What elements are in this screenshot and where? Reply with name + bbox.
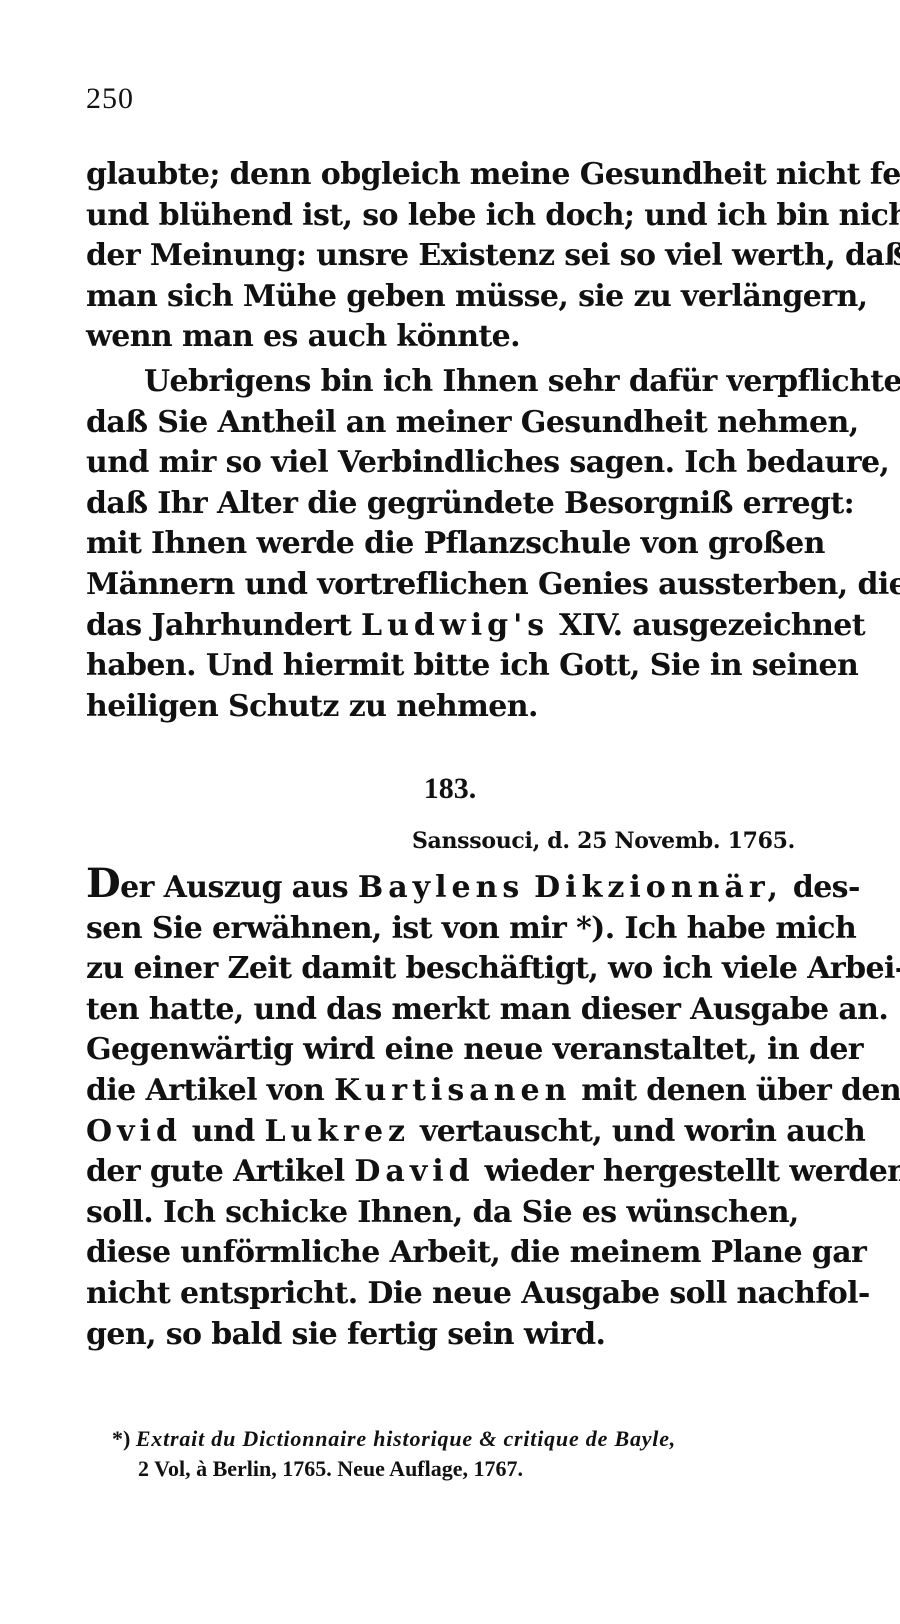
text-line: und blühend ist, so lebe ich doch; und i… xyxy=(86,196,798,237)
text-segment: des- xyxy=(793,870,860,905)
text-line: ten hatte, und das merkt man dieser Ausg… xyxy=(86,990,798,1031)
paragraph-closing: Uebrigens bin ich Ihnen sehr dafür verpf… xyxy=(86,362,798,727)
footnote-line: *) Extrait du Dictionnaire historique & … xyxy=(112,1424,812,1454)
text-segment: wieder hergestellt werden xyxy=(484,1154,900,1189)
text-line: soll. Ich schicke Ihnen, da Sie es wünsc… xyxy=(86,1193,798,1234)
spaced-name-dikzionnaer: Dikzionnär, xyxy=(534,870,783,905)
text-line: nicht entspricht. Die neue Ausgabe soll … xyxy=(86,1274,798,1315)
text-line: die Artikel von Kurtisanen mit denen übe… xyxy=(86,1071,798,1112)
paragraph-continuation: glaubte; denn obgleich meine Gesundheit … xyxy=(86,155,798,358)
text-segment: er Auszug aus xyxy=(120,870,348,905)
footnote-line: 2 Vol, à Berlin, 1765. Neue Auflage, 176… xyxy=(112,1454,812,1484)
text-segment: die Artikel von xyxy=(86,1073,324,1108)
spaced-name-lukrez: Lukrez xyxy=(264,1114,410,1149)
text-line: zu einer Zeit damit beschäftigt, wo ich … xyxy=(86,949,798,990)
text-line: daß Ihr Alter die gegründete Besorgniß e… xyxy=(86,484,798,525)
text-line: man sich Mühe geben müsse, sie zu verlän… xyxy=(86,277,798,318)
text-line: der Meinung: unsre Existenz sei so viel … xyxy=(86,236,798,277)
spaced-name-baylens: Baylens xyxy=(358,870,524,905)
drop-cap: D xyxy=(86,860,120,907)
text-line: Gegenwärtig wird eine neue veranstaltet,… xyxy=(86,1030,798,1071)
text-line: sen Sie erwähnen, ist von mir *). Ich ha… xyxy=(86,909,798,950)
text-line: und mir so viel Verbindliches sagen. Ich… xyxy=(86,443,798,484)
dateline: Sanssouci, d. 25 Novemb. 1765. xyxy=(412,828,795,854)
footnote-marker: *) xyxy=(112,1426,130,1451)
text-segment: das Jahrhundert xyxy=(86,608,351,643)
text-line: Ovid und Lukrez vertauscht, und worin au… xyxy=(86,1112,798,1153)
text-segment: mit denen über den xyxy=(581,1073,900,1108)
footnote: *) Extrait du Dictionnaire historique & … xyxy=(112,1424,812,1484)
text-line: daß Sie Antheil an meiner Gesundheit neh… xyxy=(86,403,798,444)
text-line: haben. Und hiermit bitte ich Gott, Sie i… xyxy=(86,646,798,687)
spaced-name-david: David xyxy=(354,1154,474,1189)
text-line: Männern und vortreflichen Genies ausster… xyxy=(86,565,798,606)
footnote-citation: Extrait du Dictionnaire historique & cri… xyxy=(136,1426,676,1451)
page-number: 250 xyxy=(86,82,134,116)
text-segment: der gute Artikel xyxy=(86,1154,345,1189)
letter-number: 183. xyxy=(0,772,900,806)
text-line: Uebrigens bin ich Ihnen sehr dafür verpf… xyxy=(86,362,798,403)
letter-body: Der Auszug aus Baylens Dikzionnär, des- … xyxy=(86,868,798,1355)
spaced-name-kurtisanen: Kurtisanen xyxy=(334,1073,571,1108)
text-line: heiligen Schutz zu nehmen. xyxy=(86,687,798,728)
text-line: wenn man es auch könnte. xyxy=(86,317,798,358)
text-line: das Jahrhundert Ludwig's XIV. ausgezeich… xyxy=(86,606,798,647)
text-line: diese unförmliche Arbeit, die meinem Pla… xyxy=(86,1233,798,1274)
text-line: mit Ihnen werde die Pflanzschule von gro… xyxy=(86,524,798,565)
text-segment: vertauscht, und worin auch xyxy=(420,1114,865,1149)
text-segment: und xyxy=(192,1114,255,1149)
book-page: 250 glaubte; denn obgleich meine Gesundh… xyxy=(0,0,900,1624)
spaced-name-ludwig: Ludwig's xyxy=(361,608,549,643)
spaced-name-ovid: Ovid xyxy=(86,1114,182,1149)
text-line: gen, so bald sie fertig sein wird. xyxy=(86,1315,798,1356)
text-line: der gute Artikel David wieder hergestell… xyxy=(86,1152,798,1193)
text-segment: XIV. ausgezeichnet xyxy=(559,608,865,643)
text-line: glaubte; denn obgleich meine Gesundheit … xyxy=(86,155,798,196)
text-line: Der Auszug aus Baylens Dikzionnär, des- xyxy=(86,868,798,909)
